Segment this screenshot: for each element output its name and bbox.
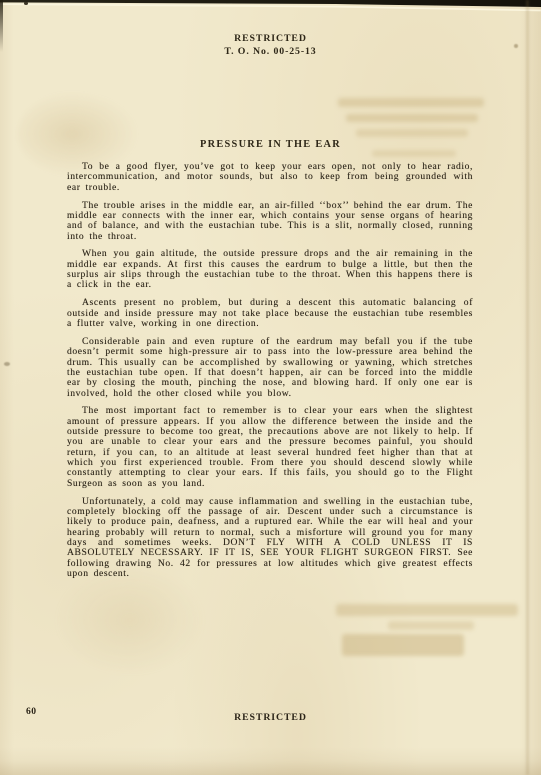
bleed-through-smudge [388, 621, 474, 630]
page-title: PRESSURE IN THE EAR [0, 139, 541, 150]
bleed-through-smudge [338, 98, 484, 107]
paragraph: When you gain altitude, the outside pres… [67, 249, 473, 290]
bleed-through-smudge [342, 634, 464, 656]
bleed-through-smudge [356, 129, 468, 137]
header-order-number: T. O. No. 00-25-13 [0, 45, 541, 58]
paragraph: The most important fact to remember is t… [67, 406, 473, 489]
bleed-through-smudge [336, 604, 518, 616]
paragraph: Unfortunately, a cold may cause inflamma… [67, 497, 473, 580]
document-body: To be a good flyer, you’ve got to keep y… [67, 162, 473, 587]
bleed-through-smudge [346, 114, 478, 122]
paragraph: Ascents present no problem, but during a… [67, 298, 473, 329]
paragraph: To be a good flyer, you’ve got to keep y… [67, 162, 473, 193]
paper-crease [526, 0, 529, 775]
dust-speck [4, 362, 10, 366]
paragraph: Considerable pain and even rupture of th… [67, 337, 473, 399]
scanned-page: RESTRICTED T. O. No. 00-25-13 PRESSURE I… [0, 0, 541, 775]
footer-classification: RESTRICTED [0, 712, 541, 723]
header-classification: RESTRICTED [0, 32, 541, 45]
paragraph: The trouble arises in the middle ear, an… [67, 201, 473, 242]
document-header: RESTRICTED T. O. No. 00-25-13 [0, 32, 541, 58]
bleed-through-smudge [372, 150, 456, 157]
dust-speck [24, 2, 28, 5]
